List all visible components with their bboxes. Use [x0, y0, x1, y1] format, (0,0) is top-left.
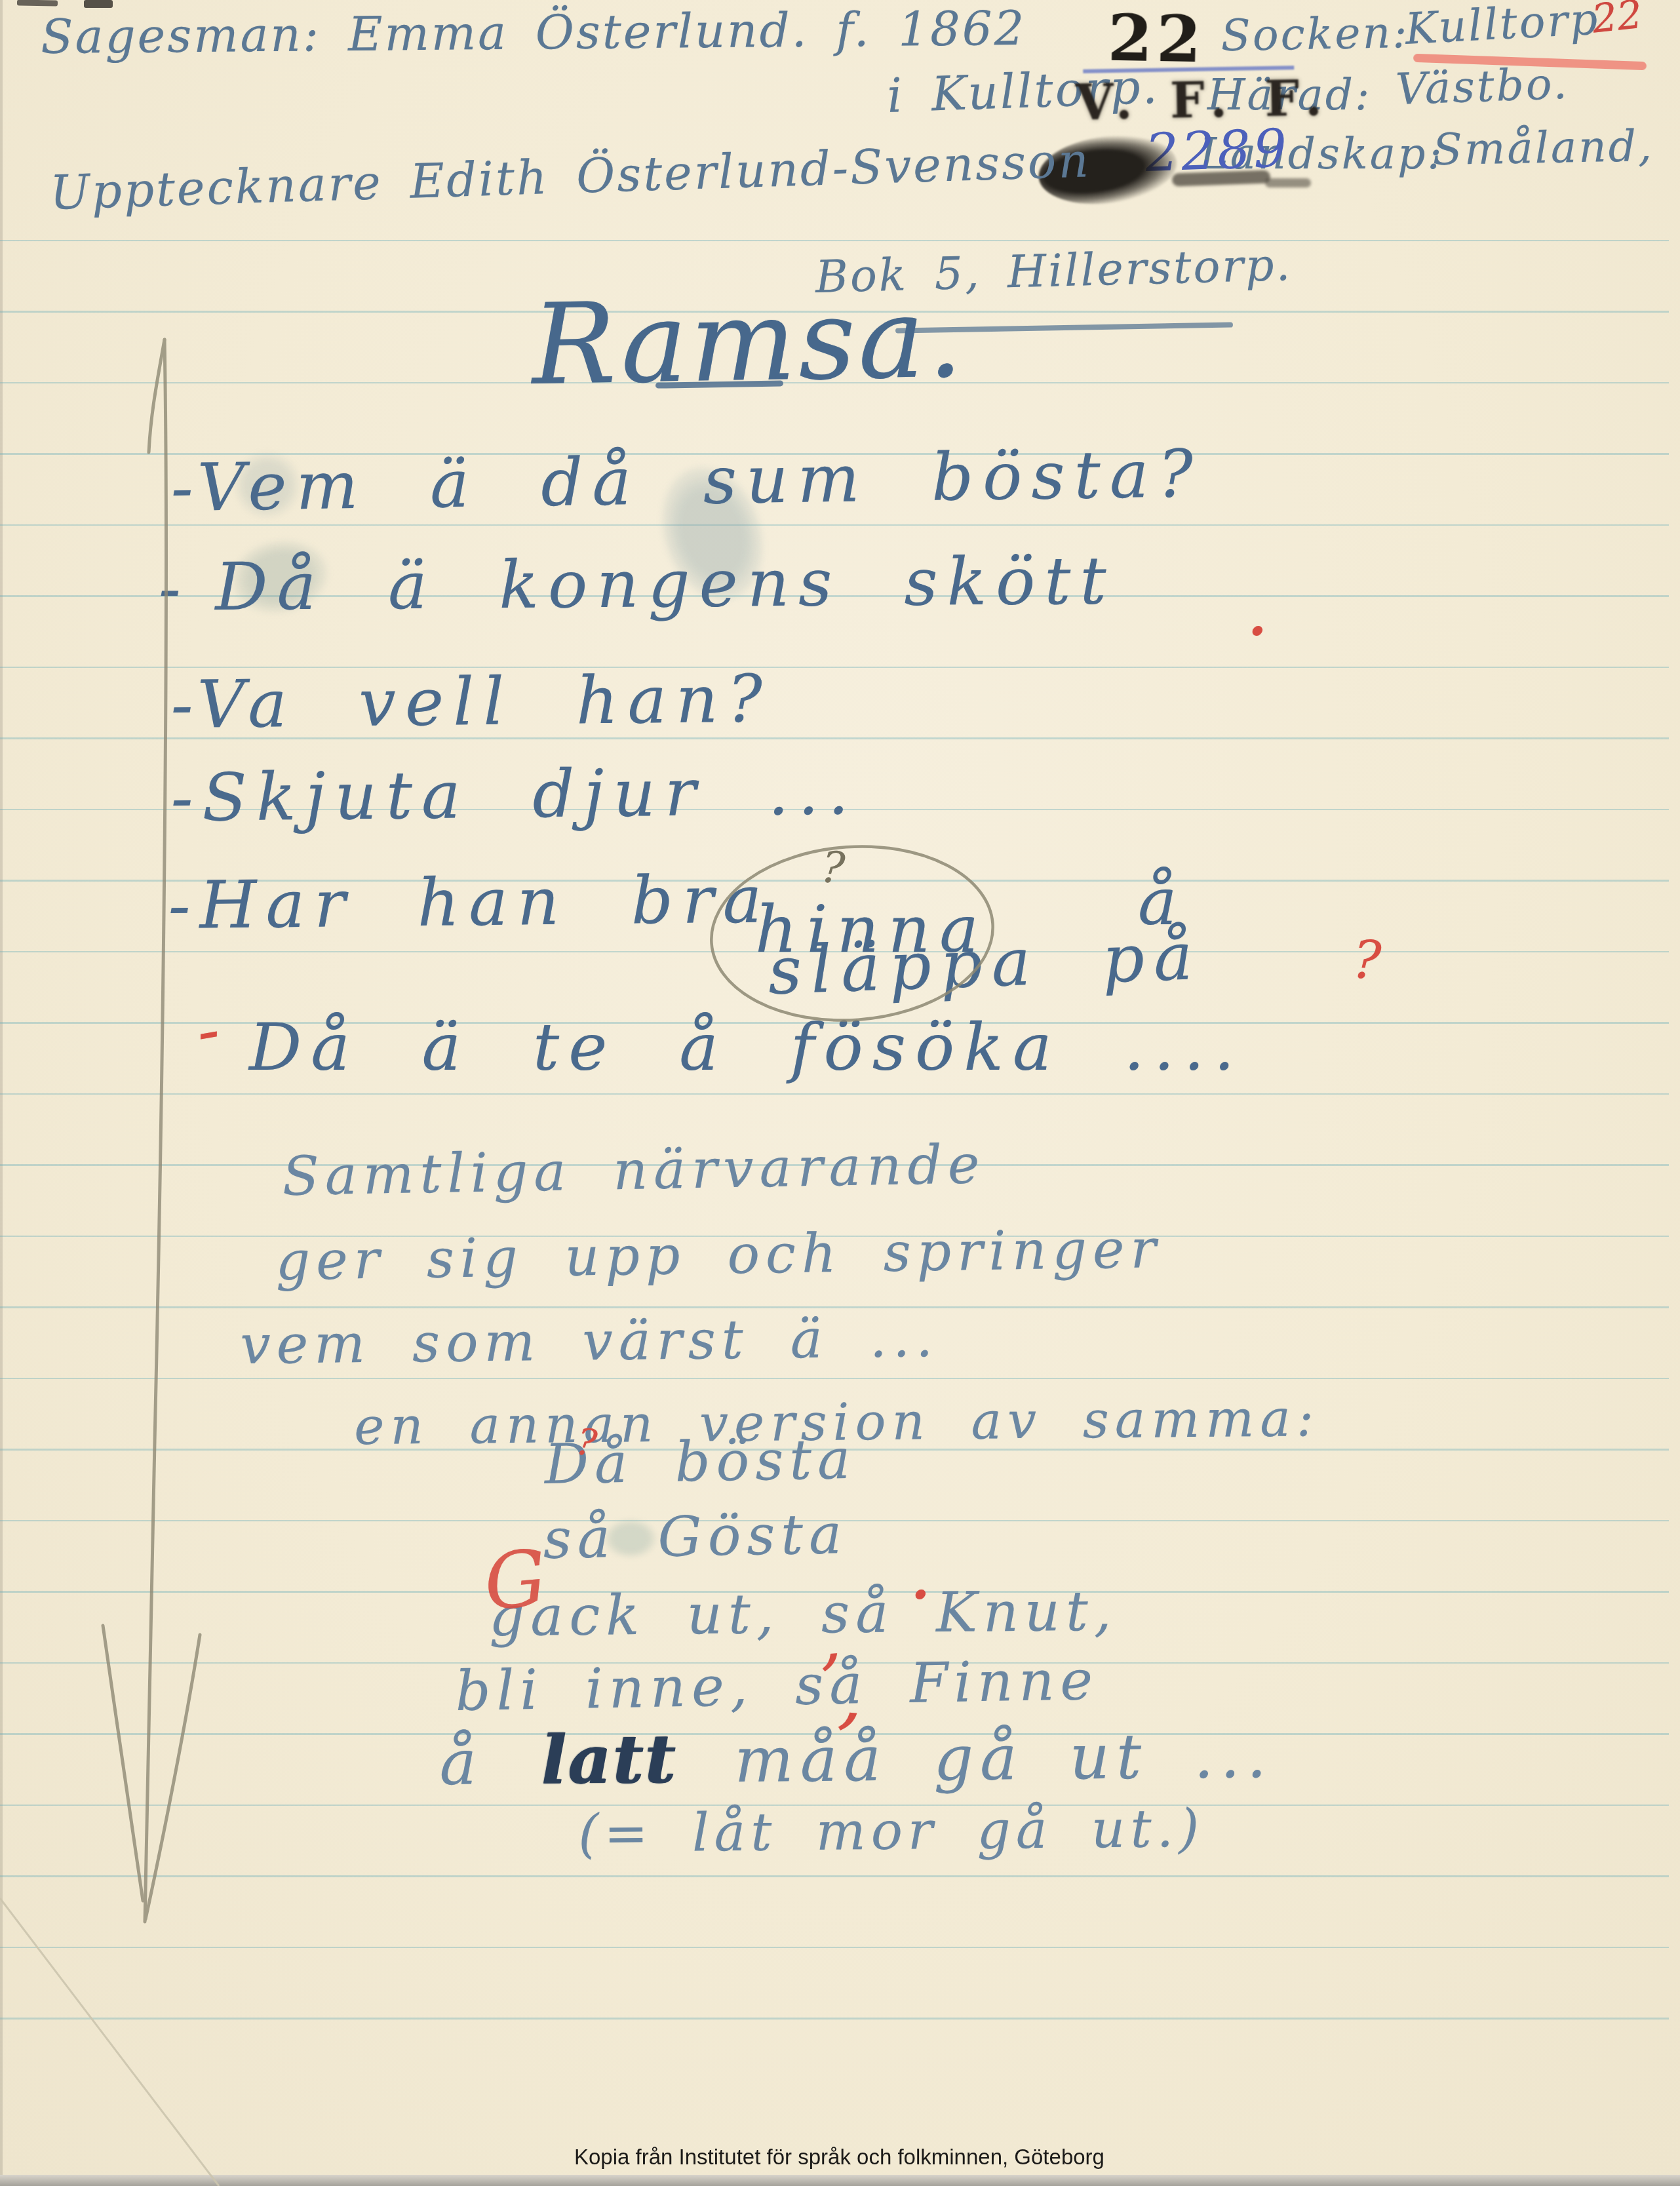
manuscript-page: Sagesman: Emma Österlund. f. 1862 i Kull… — [0, 0, 1680, 2186]
prose-line: vem som värst ä ... — [240, 1312, 939, 1373]
scan-bottom-band — [0, 2175, 1680, 2186]
verse-line: Då ä kongens skött — [215, 548, 1116, 620]
verse-line: -Vem ä då sum bösta? — [170, 441, 1203, 521]
ink-speckles — [1265, 178, 1311, 187]
explanation-line: (= låt mor gå ut.) — [578, 1803, 1205, 1860]
verse2-word: måå gå ut ... — [734, 1720, 1273, 1797]
corner-number-red: 22 — [1590, 0, 1644, 39]
verse-line: -Va vell han? — [170, 666, 772, 738]
verse2-line: gack ut, så Knut, — [489, 1584, 1118, 1644]
archive-copy-caption: Kopia från Institutet för språk och folk… — [574, 2145, 1104, 2170]
verse2-line: så Gösta — [543, 1506, 848, 1567]
red-period: . — [1245, 572, 1270, 647]
parish-value: Kulltorp — [1404, 0, 1601, 51]
prose-line: Samtliga närvarande — [282, 1138, 986, 1204]
page-number-stamp: 22 — [1107, 1, 1205, 78]
scan-edge-mark — [84, 0, 113, 8]
scan-edge-mark — [17, 0, 58, 7]
province-value: Småland, — [1432, 125, 1654, 172]
pencil-question-mark: ? — [819, 846, 846, 891]
verse2-word: å — [439, 1727, 484, 1799]
verse-line-indent: släppa på — [767, 924, 1203, 1004]
verse2-line: bli inne, så Finne — [455, 1652, 1099, 1719]
verse-line: -Skjuta djur ... — [170, 758, 858, 831]
district-value: Västbo. — [1395, 62, 1569, 111]
verse-line: Då ä te å fösöka .... — [249, 1015, 1243, 1080]
red-question-mark: ? — [1352, 933, 1382, 987]
parish-label: Socken: — [1221, 11, 1409, 58]
overwritten-word: latt — [541, 1720, 677, 1800]
verse-line: -Har han bra — [168, 867, 772, 939]
prose-line: ger sig upp och springer — [275, 1222, 1162, 1289]
informant-line: Sagesman: Emma Österlund. f. 1862 — [41, 5, 1026, 60]
red-period: . — [908, 1535, 933, 1610]
dialogue-dash: - — [159, 556, 190, 621]
red-correction-letter: G — [481, 1539, 549, 1622]
